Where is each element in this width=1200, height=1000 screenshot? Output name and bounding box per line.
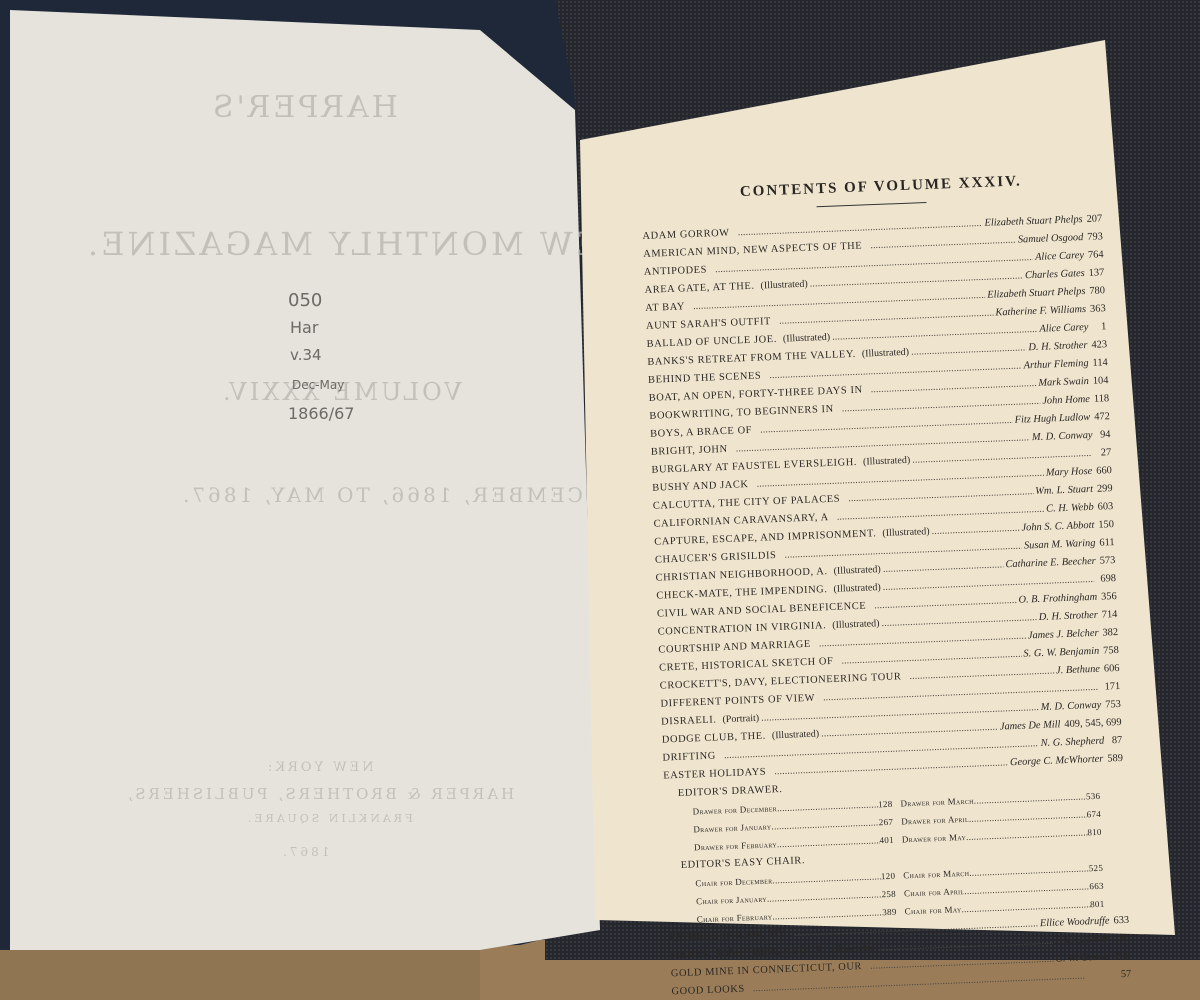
entry-author: M. D. Conway xyxy=(1040,697,1101,717)
entry-page: 207 xyxy=(1086,210,1102,229)
entry-author: Alice Carey xyxy=(1039,319,1089,339)
entry-page: 764 xyxy=(1088,246,1104,265)
item-page: 267 xyxy=(878,813,893,832)
contents-entries: ADAM GORROWElizabeth Stuart Phelps207AME… xyxy=(642,210,1123,785)
entry-page: 200 xyxy=(1115,948,1131,967)
pencil-note: Har xyxy=(290,318,318,337)
entry-page: 573 xyxy=(1099,552,1115,571)
bleed-dates: DECEMBER, 1866, TO MAY, 1867. xyxy=(180,483,620,507)
entry-page: 698 xyxy=(1100,570,1116,589)
item-page: 663 xyxy=(1089,877,1104,896)
item-page: 525 xyxy=(1088,859,1103,878)
entry-note: (Illustrated) xyxy=(783,329,831,349)
entry-page: 793 xyxy=(1087,228,1103,247)
entry-author: M. D. Conway xyxy=(1032,427,1093,447)
entry-page: 472 xyxy=(1094,408,1110,427)
entry-page: 57 xyxy=(1117,966,1132,985)
entry-page: 137 xyxy=(1088,264,1104,283)
entry-page: 363 xyxy=(1090,300,1106,319)
entry-author: George C. McWhorter xyxy=(1010,751,1104,773)
entry-page: 611 xyxy=(1099,534,1115,553)
item-page: 128 xyxy=(878,795,893,814)
contents-heading: CONTENTS OF VOLUME XXXIV. xyxy=(661,170,1101,204)
entry-page: 603 xyxy=(1097,498,1113,517)
entry-page: 94 xyxy=(1096,426,1111,445)
entry-page: 87 xyxy=(1108,732,1123,751)
entry-author: C. H. Webb xyxy=(1046,499,1094,519)
entry-author: D. H. Strother xyxy=(1038,607,1098,627)
entry-author: J. Bethune xyxy=(1056,661,1101,681)
entry-author: John Home xyxy=(1042,391,1090,411)
entry-page: 758 xyxy=(1103,642,1119,661)
entry-author: Mary Hose xyxy=(1046,463,1093,483)
entry-note: (Portrait) xyxy=(722,710,759,729)
entry-page: 423 xyxy=(1091,336,1107,355)
entry-page: 150 xyxy=(1098,516,1114,535)
entry-author: G. W. Gesner xyxy=(1055,949,1111,969)
item-page: 810 xyxy=(1087,823,1102,842)
entry-page: 299 xyxy=(1097,480,1113,499)
bleed-year: 1867. xyxy=(280,845,329,859)
entry-page: 27 xyxy=(1097,444,1112,463)
entry-title: GOOD LOOKS xyxy=(671,981,745,1000)
pencil-note: v.34 xyxy=(290,346,322,364)
entry-page: 286 xyxy=(1114,930,1130,949)
entry-author: Charles Gates xyxy=(1025,265,1085,285)
pencil-note: 050 xyxy=(288,290,322,311)
entry-page: 1 xyxy=(1092,318,1107,337)
entry-page: 753 xyxy=(1105,696,1121,715)
item-label: Drawer for May xyxy=(902,828,967,848)
item-page: 536 xyxy=(1086,787,1101,806)
bleed-masthead: HARPER'S xyxy=(210,90,398,125)
pencil-note: 1866/67 xyxy=(288,404,354,423)
entry-note: (Illustrated) xyxy=(833,579,881,599)
entry-author: D. H. Strother xyxy=(1028,337,1088,357)
entry-page: 780 xyxy=(1089,282,1105,301)
bleed-publisher: HARPER & BROTHERS, PUBLISHERS, xyxy=(125,785,514,803)
entry-page: 171 xyxy=(1104,678,1120,697)
entry-page: 409, 545, 699 xyxy=(1064,714,1122,734)
entry-note: (Illustrated) xyxy=(772,726,820,746)
entry-page: 382 xyxy=(1102,624,1118,643)
item-page: 389 xyxy=(882,903,897,922)
entry-note: (Illustrated) xyxy=(863,452,911,472)
item-label: Chair for April xyxy=(904,882,965,902)
entry-note: (Illustrated) xyxy=(862,344,910,364)
entry-title: DRIFTING xyxy=(662,748,716,768)
table-of-contents: CONTENTS OF VOLUME XXXIV. ADAM GORROWEli… xyxy=(640,152,1132,1000)
entry-note: (Illustrated) xyxy=(832,615,880,635)
entry-page: 104 xyxy=(1093,372,1109,391)
entry-note: (Illustrated) xyxy=(882,523,930,543)
entry-page: 589 xyxy=(1107,750,1123,769)
entry-title: DISRAELI. xyxy=(661,711,717,731)
entry-page: 114 xyxy=(1092,354,1108,373)
item-page: 258 xyxy=(881,885,896,904)
entry-note: (Illustrated) xyxy=(831,939,879,959)
left-page xyxy=(10,10,600,950)
item-page: 401 xyxy=(879,831,894,850)
entry-note: (Illustrated) xyxy=(833,561,881,581)
item-label: Chair for May xyxy=(904,900,962,920)
pencil-note: Dec-May xyxy=(292,378,344,392)
entry-note: (Illustrated) xyxy=(760,276,808,296)
entry-author: J. V. C. Smith xyxy=(1054,931,1110,951)
entry-title: AT BAY xyxy=(645,298,685,318)
entry-page: 633 xyxy=(1113,912,1129,931)
bleed-city: NEW YORK: xyxy=(265,760,373,775)
entry-author: Alice Carey xyxy=(1035,247,1085,267)
entry-page: 356 xyxy=(1101,588,1117,607)
entry-author: James De Mill xyxy=(1000,716,1061,736)
entry-author: Wm. L. Stuart xyxy=(1035,481,1093,501)
bleed-address: FRANKLIN SQUARE. xyxy=(245,812,413,825)
heading-rule xyxy=(817,202,927,207)
entry-author: Mark Swain xyxy=(1038,373,1089,393)
entry-page: 118 xyxy=(1094,390,1110,409)
entry-page: 714 xyxy=(1102,606,1118,625)
item-page: 674 xyxy=(1086,805,1101,824)
entry-page: 660 xyxy=(1096,462,1112,481)
bleed-title: NEW MONTHLY MAGAZINE. xyxy=(85,225,630,263)
item-page: 120 xyxy=(881,867,896,886)
entry-page: 606 xyxy=(1104,660,1120,679)
item-page: 801 xyxy=(1090,895,1105,914)
